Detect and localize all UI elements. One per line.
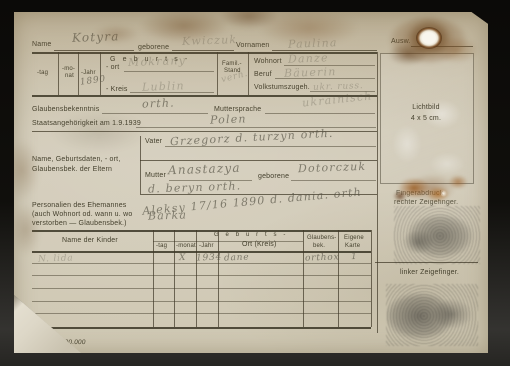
main-column-divider	[377, 52, 378, 333]
linker-zeigefinger-label: linker Zeigefinger.	[400, 269, 459, 277]
table-row-rule-3	[32, 288, 371, 289]
staatsang-line	[136, 127, 376, 128]
geborene-line	[172, 50, 234, 51]
volkstum-label: Volkstumszugeh.	[254, 84, 310, 92]
name-entry-handwriting: Kotyra	[72, 29, 120, 45]
table-top-rule	[32, 230, 371, 232]
geborene-entry-handwriting: Kwiczuk	[182, 33, 238, 48]
ort-label: - ort	[106, 64, 119, 72]
ausweis-label: Ausw.	[391, 38, 411, 46]
eltern-label-2: Glaubensbek. der Eltern	[32, 166, 112, 174]
lichtbild-label-1: Lichtbild	[380, 104, 472, 112]
kind-karte-handwriting: 1	[351, 252, 358, 262]
beruf-label: Beruf	[254, 71, 272, 79]
rechter-zeigefinger-label: rechter Zeigefinger.	[394, 199, 458, 207]
ehemann-label-3: verstorben — Glaubensbek.)	[32, 220, 127, 228]
registration-card: Name geborene Vornamen Ausw. Kotyra Kwic…	[14, 12, 488, 353]
name-label: Name	[32, 41, 51, 49]
vornamen-label: Vornamen	[236, 42, 270, 50]
kind-monat-handwriting: X	[179, 253, 187, 263]
table-row-rule-5	[32, 313, 371, 314]
kinder-jahr-header: -Jahr	[199, 243, 214, 249]
muttersprache-line	[265, 113, 375, 114]
kreis-entry-handwriting: Lublin	[142, 79, 185, 93]
kinder-tag-header: -tag	[156, 243, 167, 249]
glauben-line	[102, 113, 208, 114]
stain-left-edge	[8, 130, 52, 264]
kreis-label: - Kreis	[106, 86, 128, 94]
vater-label: Vater	[145, 138, 162, 146]
birthbox-vline-4	[217, 52, 218, 95]
fingerprint-left	[386, 284, 478, 346]
fingerprint-divider-rule	[375, 262, 478, 263]
table-vline-5	[303, 230, 304, 327]
table-row-rule-2	[32, 275, 371, 276]
photo-silvering	[387, 84, 467, 176]
kinder-glauben-header-2: bek.	[313, 243, 325, 249]
table-vline-2	[174, 230, 175, 327]
wohnort-label: Wohnort	[254, 58, 282, 66]
kind-glauben-handwriting: orthox	[305, 252, 340, 263]
kinder-geburts-header: G e b u r t s -	[214, 232, 288, 238]
kinder-karte-header-1: Eigene	[344, 235, 364, 241]
eltern-divider	[140, 136, 141, 194]
geborene-label: geborene	[138, 44, 169, 52]
table-bottom-rule	[32, 327, 371, 329]
birthbox-vline-1	[58, 52, 59, 95]
table-vline-7	[371, 230, 372, 327]
ort-entry-handwriting: Mokrany	[128, 54, 186, 69]
ehemann-entry-2-handwriting: Barka	[148, 208, 188, 222]
staatsang-entry-handwriting: Polen	[210, 112, 247, 126]
monat-label-1: -mo-	[62, 66, 75, 72]
mutter-geborene-line	[291, 180, 376, 181]
fingerabdruck-label: Fingerabdruck	[396, 190, 443, 198]
ehemann-label-1: Personalien des Ehemannes	[32, 202, 127, 210]
mutter-geborene-entry-handwriting: Dotorczuk	[298, 160, 367, 175]
lichtbild-label-2: 4 x 5 cm.	[380, 115, 472, 123]
geburts-sub-rule	[153, 241, 303, 242]
birthbox-vline-3	[100, 52, 101, 95]
beruf-entry-handwriting: Bäuerin	[284, 65, 337, 80]
kind-jahr-handwriting: 1934	[196, 253, 222, 264]
vornamen-entry-handwriting: Paulina	[288, 36, 338, 51]
kinder-karte-header-2: Karte	[345, 243, 360, 249]
name-line	[54, 50, 134, 51]
kinder-name-header: Name der Kinder	[62, 237, 118, 245]
kinder-ort-header: Ort (Kreis)	[242, 241, 276, 249]
staatsangehoerigkeit-label: Staatsangehörigkeit am 1.9.1939	[32, 120, 141, 128]
jahr-entry-handwriting: 1890	[79, 74, 106, 88]
table-vline-6	[338, 230, 339, 327]
eltern-label-1: Name, Geburtsdaten, - ort,	[32, 156, 120, 164]
mutter-label: Mutter	[145, 172, 166, 180]
glauben-entry-handwriting: orth.	[142, 96, 175, 110]
birthbox-vline-2	[78, 52, 79, 95]
tag-label: -tag	[37, 70, 48, 76]
table-vline-4	[218, 230, 219, 327]
fingerprint-right	[394, 206, 480, 264]
table-vline-3	[196, 230, 197, 327]
kind-name-handwriting: N. lida	[38, 253, 74, 264]
kind-ort-handwriting: dane	[224, 253, 250, 264]
ort-line	[124, 71, 214, 72]
ausweis-line	[411, 46, 473, 47]
wohnort-entry-handwriting: Danze	[288, 51, 329, 65]
kinder-glauben-header-1: Glaubens-	[307, 235, 336, 241]
kinder-monat-header: -monat	[176, 243, 196, 249]
mutter-entry-handwriting: Anastazya	[168, 161, 241, 178]
glaubensbekenntnis-label: Glaubensbekenntnis	[32, 106, 99, 114]
table-row-rule-4	[32, 301, 371, 302]
table-vline-1	[153, 230, 154, 327]
mutter-geborene-label: geborene	[258, 173, 289, 181]
familienstand-label-1: Famil.-	[222, 61, 242, 67]
ehemann-label-2: (auch Wohnort od. wann u. wo	[32, 211, 132, 219]
photo-backdrop: Name geborene Vornamen Ausw. Kotyra Kwic…	[0, 0, 510, 366]
monat-label-2: nat	[65, 73, 74, 79]
